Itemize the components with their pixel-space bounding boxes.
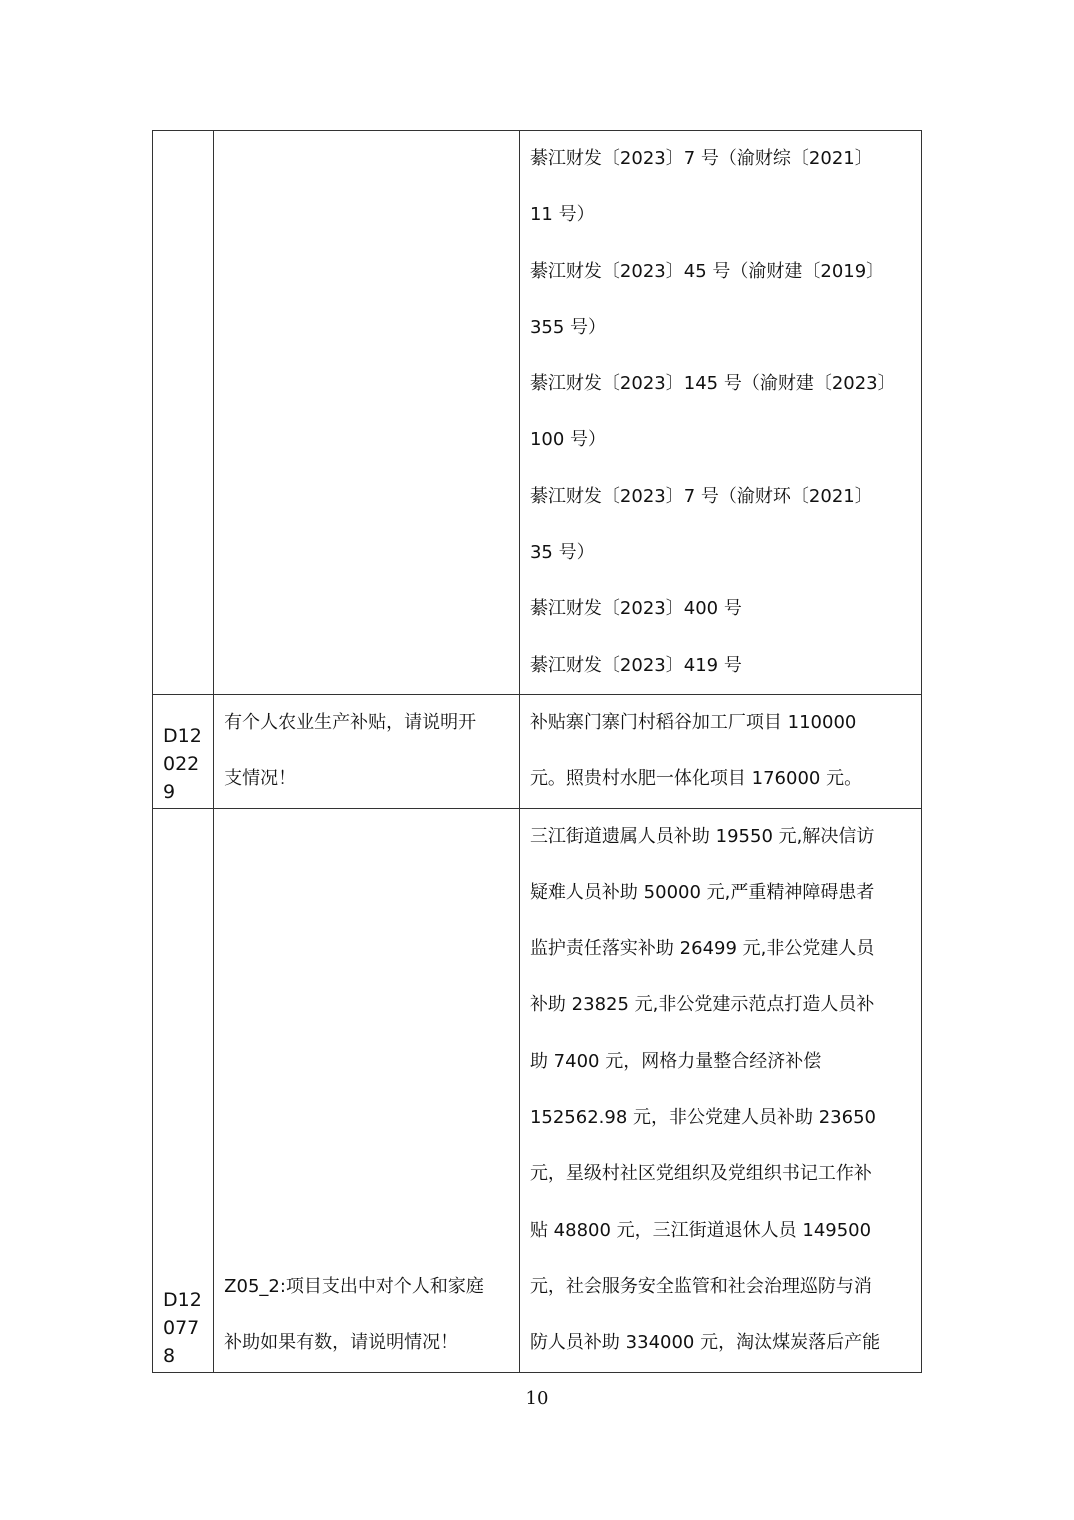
answer-cell: 綦江财发〔2023〕7 号（渝财综〔2021〕 11 号） 綦江财发〔2023〕… [519,131,921,695]
table-row: D12 077 8 Z05_2:项目支出中对个人和家庭 补助如果有数，请说明情况… [153,808,922,1372]
answer-line: 綦江财发〔2023〕7 号（渝财综〔2021〕 [520,131,921,187]
answer-line: 补贴寨门寨门村稻谷加工厂项目 110000 [520,695,921,751]
answer-line: 补助 23825 元,非公党建示范点打造人员补 [520,977,921,1033]
answer-line: 綦江财发〔2023〕7 号（渝财环〔2021〕 [520,469,921,525]
document-table: 綦江财发〔2023〕7 号（渝财综〔2021〕 11 号） 綦江财发〔2023〕… [152,130,922,1373]
answer-line: 元，社会服务安全监管和社会治理巡防与消 [520,1259,921,1315]
answer-line: 100 号） [520,412,921,468]
answer-line: 綦江财发〔2023〕45 号（渝财建〔2019〕 [520,244,921,300]
answer-line: 防人员补助 334000 元，淘汰煤炭落后产能 [520,1315,921,1371]
answer-line: 355 号） [520,300,921,356]
table-row: D12 022 9 有个人农业生产补贴，请说明开 支情况！ 补贴寨门寨门村稻谷加… [153,694,922,808]
code-cell: D12 022 9 [153,694,214,808]
question-cell: Z05_2:项目支出中对个人和家庭 补助如果有数，请说明情况！ [214,808,520,1372]
question-line: 有个人农业生产补贴，请说明开 [214,695,519,751]
code-line: D12 [163,1286,213,1314]
code-cell: D12 077 8 [153,808,214,1372]
answer-cell: 三江街道遗属人员补助 19550 元,解决信访 疑难人员补助 50000 元,严… [519,808,921,1372]
answer-line: 三江街道遗属人员补助 19550 元,解决信访 [520,809,921,865]
answer-line: 元。照贵村水肥一体化项目 176000 元。 [520,751,921,807]
answer-line: 綦江财发〔2023〕400 号 [520,581,921,637]
question-cell: 有个人农业生产补贴，请说明开 支情况！ [214,694,520,808]
answer-line: 綦江财发〔2023〕145 号（渝财建〔2023〕 [520,356,921,412]
answer-line: 11 号） [520,187,921,243]
code-line: 8 [163,1342,213,1370]
answer-line: 元，星级村社区党组织及党组织书记工作补 [520,1146,921,1202]
code-line: 9 [163,778,213,806]
code-cell [153,131,214,695]
question-line: Z05_2:项目支出中对个人和家庭 [214,1259,519,1315]
answer-line: 35 号） [520,525,921,581]
answer-line: 监护责任落实补助 26499 元,非公党建人员 [520,921,921,977]
answer-line: 贴 48800 元，三江街道退休人员 149500 [520,1203,921,1259]
table-row: 綦江财发〔2023〕7 号（渝财综〔2021〕 11 号） 綦江财发〔2023〕… [153,131,922,695]
question-line: 补助如果有数，请说明情况！ [214,1315,519,1371]
answer-line: 疑难人员补助 50000 元,严重精神障碍患者 [520,865,921,921]
code-line: 077 [163,1314,213,1342]
page-number: 10 [0,1388,1074,1409]
question-line: 支情况！ [214,751,519,807]
code-line: 022 [163,750,213,778]
code-line: D12 [163,722,213,750]
question-cell [214,131,520,695]
answer-line: 綦江财发〔2023〕419 号 [520,638,921,694]
answer-line: 助 7400 元，网格力量整合经济补偿 [520,1034,921,1090]
answer-cell: 补贴寨门寨门村稻谷加工厂项目 110000 元。照贵村水肥一体化项目 17600… [519,694,921,808]
answer-line: 152562.98 元，非公党建人员补助 23650 [520,1090,921,1146]
